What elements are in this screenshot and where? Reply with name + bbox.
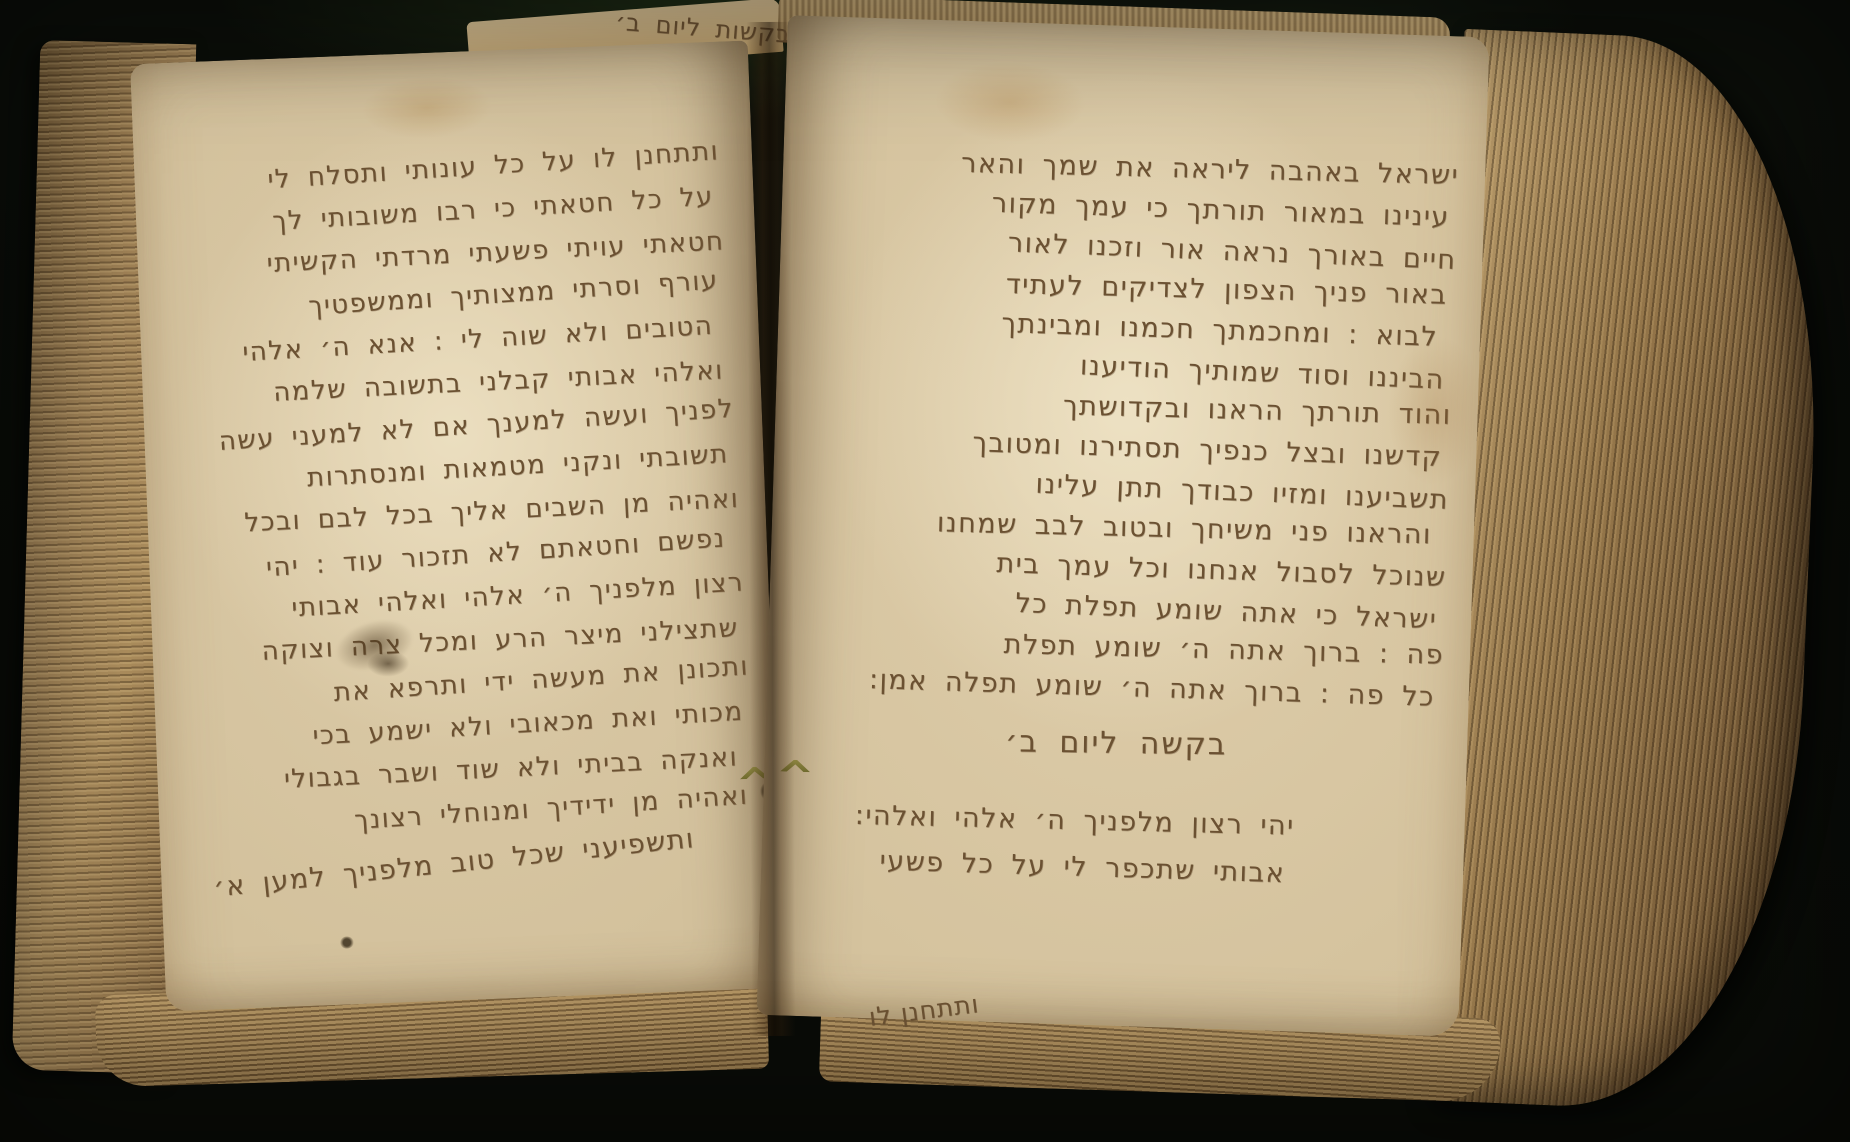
right-page: ישראל באהבה ליראה את שמך והארעינינו במאו… bbox=[756, 15, 1489, 1037]
right-page-text-block: ישראל באהבה ליראה את שמך והארעינינו במאו… bbox=[776, 137, 1459, 718]
left-page: בקשות ליום ב׳ ותתחנן לו על כל עונותי ותס… bbox=[130, 40, 784, 1011]
olive-chevron-mark bbox=[780, 759, 810, 772]
dark-speck bbox=[340, 936, 354, 949]
foxing-stain bbox=[361, 74, 493, 141]
foxing-stain bbox=[934, 60, 1086, 145]
right-page-continuation-block: יהי רצון מלפניך ה׳ אלהי ואלהי:אבותי שתכפ… bbox=[761, 789, 1296, 898]
photograph-background: בקשות ליום ב׳ ותתחנן לו על כל עונותי ותס… bbox=[0, 0, 1850, 1142]
left-page-text-block: ותתחנן לו על כל עונותי ותסלח ליעל כל חטא… bbox=[141, 132, 760, 895]
section-heading: בקשה ליום ב׳ bbox=[765, 721, 1467, 766]
